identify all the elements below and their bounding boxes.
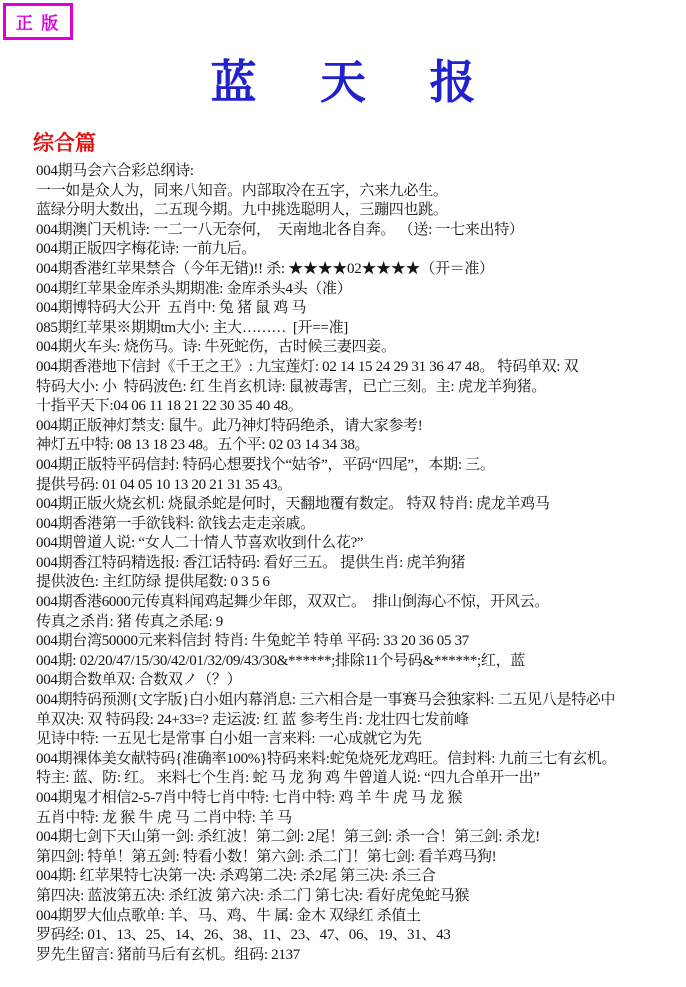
text-line: 罗码经: 01、13、25、14、26、38、11、23、47、06、19、31… bbox=[36, 926, 686, 946]
text-line: 004期香港第一手欲钱料: 欲钱去走走亲戚。 bbox=[36, 515, 686, 535]
text-line: 特码大小: 小 特码波色: 红 生肖玄机诗: 鼠被毒害，已亡三刻。主: 虎龙羊狗… bbox=[36, 378, 686, 398]
text-line: 004期合数单双: 合数双ノ（？） bbox=[36, 671, 686, 691]
text-line: 085期红苹果※期期tm大小: 主大……… [开==准] bbox=[36, 319, 686, 339]
text-line: 004期正版特平码信封: 特码心想要找个“姑爷”，平码“四尾”，本期: 三。 bbox=[36, 456, 686, 476]
text-line: 004期七剑下天山第一剑: 杀红波！第二剑: 2尾！第三剑: 杀一合！第三剑: … bbox=[36, 828, 686, 848]
text-line: 004期香港6000元传真料闻鸡起舞少年郎，双双亡。 排山倒海心不惊，开风云。 bbox=[36, 593, 686, 613]
text-line: 十指平天下:04 06 11 18 21 22 30 35 40 48。 bbox=[36, 397, 686, 417]
section-header: 综合篇 bbox=[0, 109, 686, 155]
text-line: 提供号码: 01 04 05 10 13 20 21 31 35 43。 bbox=[36, 476, 686, 496]
text-line: 神灯五中特: 08 13 18 23 48。五个平: 02 03 14 34 3… bbox=[36, 436, 686, 456]
text-line: 004期澳门天机诗: 一二一八无奈何， 天南地北各自奔。 （送: 一七来出特） bbox=[36, 221, 686, 241]
authenticity-badge: 正 版 bbox=[3, 3, 73, 40]
text-line: 第四决: 蓝波第五决: 杀红波 第六决: 杀二门 第七决: 看好虎兔蛇马猴 bbox=[36, 887, 686, 907]
text-line: 一一如是众人为，同来八知音。内部取冷在五字，六来九必生。 bbox=[36, 182, 686, 202]
text-line: 004期博特码大公开 五肖中: 兔 猪 鼠 鸡 马 bbox=[36, 299, 686, 319]
content-lines: 004期马会六合彩总纲诗:一一如是众人为，同来八知音。内部取冷在五字，六来九必生… bbox=[36, 162, 686, 965]
text-line: 罗先生留言: 猪前马后有玄机。组码: 2137 bbox=[36, 946, 686, 966]
text-line: 004期红苹果金库杀头期期准: 金库杀头4头（准） bbox=[36, 280, 686, 300]
text-line: 004期正版四字梅花诗: 一前九后。 bbox=[36, 240, 686, 260]
text-line: 单双决: 双 特码段: 24+33=? 走运波: 红 蓝 参考生肖: 龙壮四七发… bbox=[36, 711, 686, 731]
text-line: 004期罗大仙点歌单: 羊、马、鸡、牛 属: 金木 双绿红 杀值土 bbox=[36, 907, 686, 927]
text-line: 004期特码预测{文字版}白小姐内幕消息: 三六相合是一事赛马会独家料: 二五见… bbox=[36, 691, 686, 711]
text-line: 004期正版火烧玄机: 烧鼠杀蛇是何时，天翻地覆有数定。 特双 特肖: 虎龙羊鸡… bbox=[36, 495, 686, 515]
text-line: 004期火车头: 烧伤马。诗: 牛死蛇伤，古时候三妻四妾。 bbox=[36, 338, 686, 358]
authenticity-badge-label: 正 版 bbox=[16, 9, 60, 34]
text-line: 传真之杀肖: 猪 传真之杀尾: 9 bbox=[36, 613, 686, 633]
text-line: 见诗中特: 一五见七是常事 白小姐一言来料: 一心成就它为先 bbox=[36, 730, 686, 750]
text-line: 004期: 红苹果特七决第一决: 杀鸡第二决: 杀2尾 第三决: 杀三合 bbox=[36, 867, 686, 887]
text-line: 第四剑: 特单！第五剑: 特看小数！第六剑: 杀二门！第七剑: 看羊鸡马狗! bbox=[36, 848, 686, 868]
page-title: 蓝 天 报 bbox=[0, 0, 686, 109]
text-line: 004期: 02/20/47/15/30/42/01/32/09/43/30&*… bbox=[36, 652, 686, 672]
text-line: 蓝绿分明大数出，二五现今期。九中挑选聪明人，三蹦四也跳。 bbox=[36, 201, 686, 221]
text-line: 004期裸体美女献特码{准确率100%}特码来料:蛇兔烧死龙鸡旺。信封料: 九前… bbox=[36, 750, 686, 770]
text-line: 004期曾道人说: “女人二十情人节喜欢收到什么花?” bbox=[36, 534, 686, 554]
text-line: 004期台湾50000元来料信封 特肖: 牛兔蛇羊 特单 平码: 33 20 3… bbox=[36, 632, 686, 652]
text-line: 004期鬼才相信2-5-7肖中特七肖中特: 七肖中特: 鸡 羊 牛 虎 马 龙 … bbox=[36, 789, 686, 809]
text-line: 004期香江特码精选报: 香江话特码: 看好三五。 提供生肖: 虎羊狗猪 bbox=[36, 554, 686, 574]
text-line: 五肖中特: 龙 猴 牛 虎 马 二肖中特: 羊 马 bbox=[36, 809, 686, 829]
text-line: 提供波色: 主红防绿 提供尾数: 0 3 5 6 bbox=[36, 573, 686, 593]
text-line: 004期香港地下信封《千王之王》: 九宝莲灯: 02 14 15 24 29 3… bbox=[36, 358, 686, 378]
text-line: 004期马会六合彩总纲诗: bbox=[36, 162, 686, 182]
text-line: 004期正版神灯禁支: 鼠牛。此乃神灯特码绝杀，请大家参考! bbox=[36, 417, 686, 437]
text-line: 特主: 蓝、防: 红。 来料七个生肖: 蛇 马 龙 狗 鸡 牛曾道人说: “四九… bbox=[36, 769, 686, 789]
text-line: 004期香港红苹果禁合（今年无错)!! 杀: ★★★★02★★★★（开＝准） bbox=[36, 260, 686, 280]
